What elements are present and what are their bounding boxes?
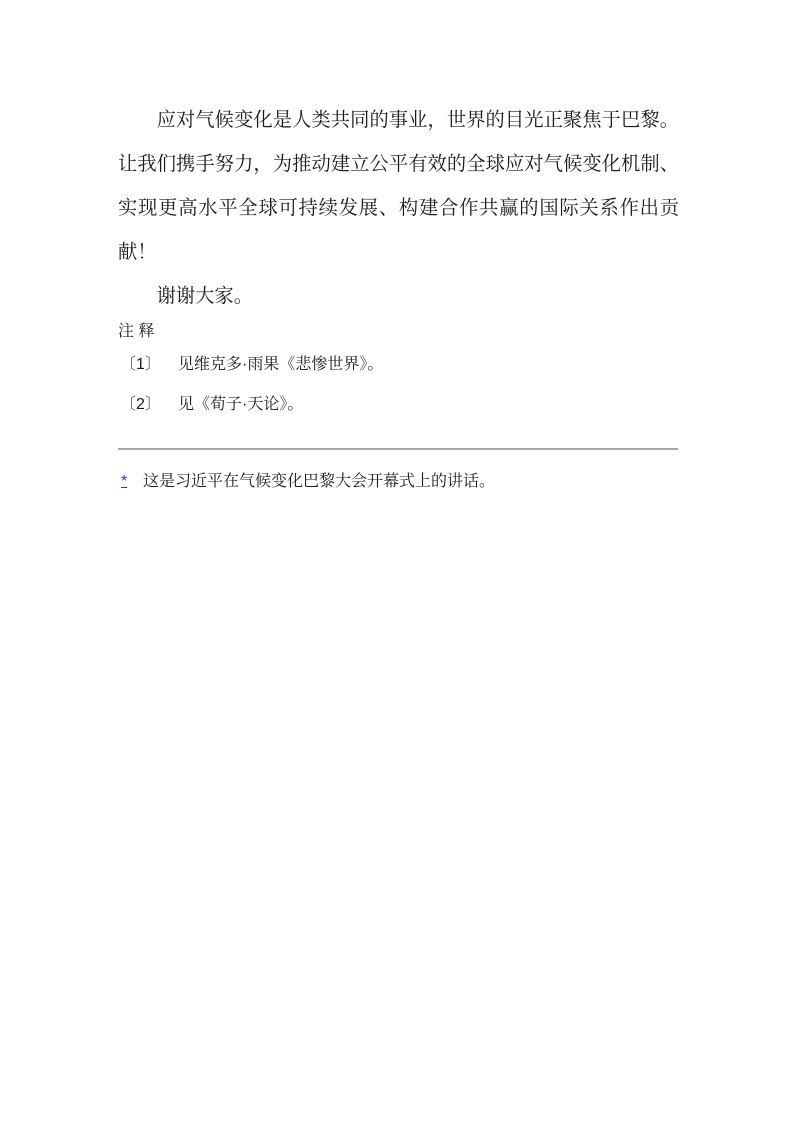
- footnote: * 这是习近平在气候变化巴黎大会开幕式上的讲话。: [118, 470, 679, 494]
- notes-heading: 注 释: [118, 319, 679, 345]
- note-marker-2: 〔2〕: [120, 385, 178, 425]
- note-item-1: 〔1〕 见维克多·雨果《悲惨世界》。: [118, 345, 679, 385]
- body-paragraph-closing: 谢谢大家。: [118, 275, 679, 319]
- document-page: 应对气候变化是人类共同的事业，世界的目光正聚焦于巴黎。让我们携手努力，为推动建立…: [0, 0, 800, 1130]
- note-marker-1: 〔1〕: [120, 345, 178, 385]
- note-text-2: 见《荀子·天论》。: [178, 385, 679, 425]
- footnote-text: 这是习近平在气候变化巴黎大会开幕式上的讲话。: [143, 470, 679, 494]
- footnote-divider: [118, 448, 678, 450]
- text-column: 应对气候变化是人类共同的事业，世界的目光正聚焦于巴黎。让我们携手努力，为推动建立…: [118, 0, 679, 494]
- note-item-2: 〔2〕 见《荀子·天论》。: [118, 385, 679, 425]
- body-paragraph-1: 应对气候变化是人类共同的事业，世界的目光正聚焦于巴黎。让我们携手努力，为推动建立…: [118, 99, 679, 275]
- note-text-1: 见维克多·雨果《悲惨世界》。: [178, 345, 679, 385]
- footnote-asterisk-link[interactable]: *: [121, 470, 143, 494]
